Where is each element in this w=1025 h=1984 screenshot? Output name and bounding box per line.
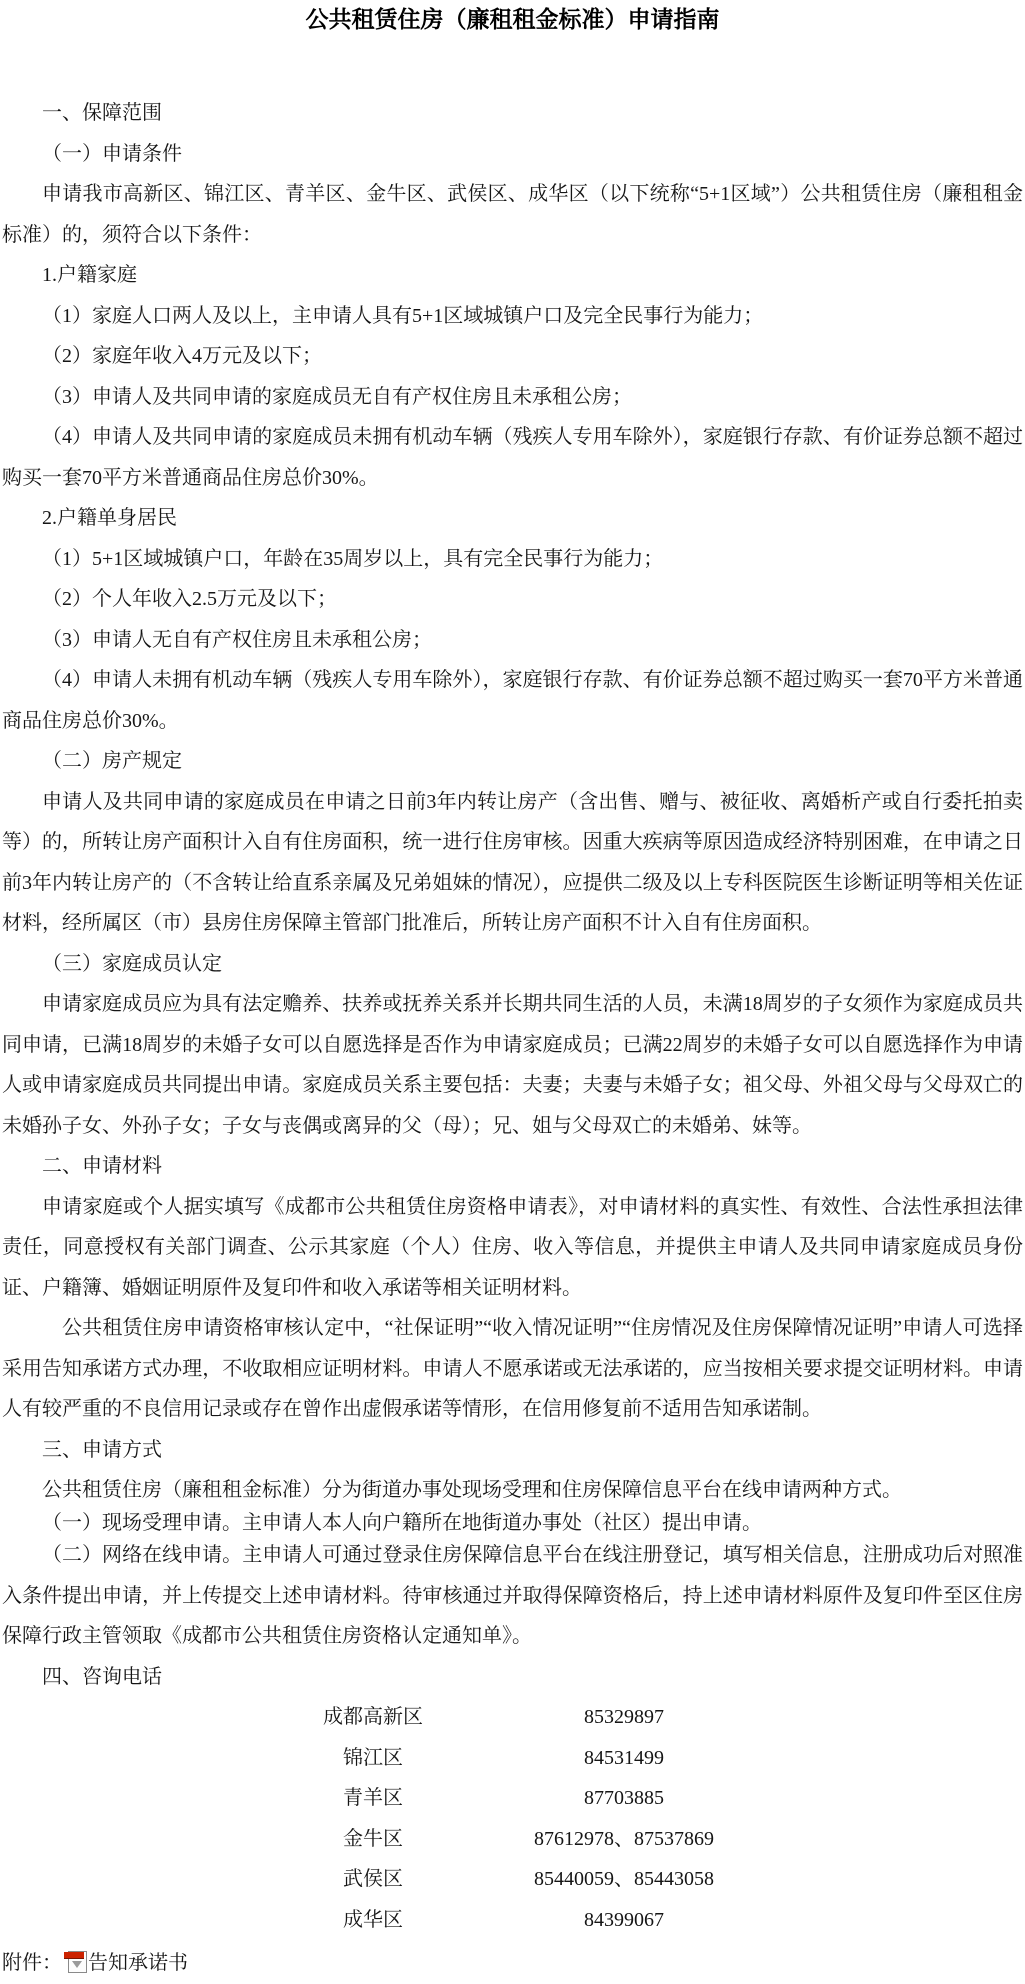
section-2-heading: 二、申请材料 bbox=[2, 1146, 1023, 1187]
attachment-label: 附件： bbox=[2, 1952, 62, 1974]
attachment-link[interactable]: 告知承诺书 bbox=[88, 1952, 188, 1974]
condition-family-1: （1）家庭人口两人及以上，主申请人具有5+1区域城镇户口及完全民事行为能力； bbox=[2, 296, 1023, 337]
condition-single-3: （3）申请人无自有产权住房且未承租公房； bbox=[2, 620, 1023, 661]
para-online-application: （二）网络在线申请。主申请人可通过登录住房保障信息平台在线注册登记，填写相关信息… bbox=[2, 1535, 1023, 1657]
phone-row: 成华区 84399067 bbox=[2, 1900, 1023, 1941]
subsection-1-3-heading: （三）家庭成员认定 bbox=[2, 944, 1023, 985]
phone-table: 成都高新区 85329897 锦江区 84531499 青羊区 87703885… bbox=[2, 1697, 1023, 1940]
item-registered-family-heading: 1.户籍家庭 bbox=[2, 255, 1023, 296]
phone-row: 成都高新区 85329897 bbox=[2, 1697, 1023, 1738]
district-name: 武侯区 bbox=[273, 1859, 473, 1900]
district-name: 金牛区 bbox=[273, 1819, 473, 1860]
document-body: 一、保障范围 （一）申请条件 申请我市高新区、锦江区、青羊区、金牛区、武侯区、成… bbox=[2, 93, 1023, 1978]
pdf-attachment-icon bbox=[68, 1951, 87, 1973]
district-name: 成华区 bbox=[273, 1900, 473, 1941]
para-property-rules: 申请人及共同申请的家庭成员在申请之日前3年内转让房产（含出售、赠与、被征收、离婚… bbox=[2, 782, 1023, 944]
section-1-heading: 一、保障范围 bbox=[2, 93, 1023, 134]
document-page: 公共租赁住房（廉租租金标准）申请指南 一、保障范围 （一）申请条件 申请我市高新… bbox=[0, 0, 1025, 1978]
district-name: 锦江区 bbox=[273, 1738, 473, 1779]
district-phone: 87612978、87537869 bbox=[473, 1819, 775, 1860]
section-4-heading: 四、咨询电话 bbox=[2, 1657, 1023, 1698]
district-phone: 87703885 bbox=[473, 1778, 775, 1819]
district-phone: 84531499 bbox=[473, 1738, 775, 1779]
para-notification-commitment: 公共租赁住房申请资格审核认定中，“社保证明”“收入情况证明”“住房情况及住房保障… bbox=[2, 1308, 1023, 1430]
pdf-icon-banner bbox=[64, 1952, 84, 1959]
district-name: 青羊区 bbox=[273, 1778, 473, 1819]
district-phone: 85329897 bbox=[473, 1697, 775, 1738]
condition-single-2: （2）个人年收入2.5万元及以下； bbox=[2, 579, 1023, 620]
subsection-1-1-heading: （一）申请条件 bbox=[2, 134, 1023, 175]
district-phone: 85440059、85443058 bbox=[473, 1859, 775, 1900]
phone-row: 武侯区 85440059、85443058 bbox=[2, 1859, 1023, 1900]
phone-row: 锦江区 84531499 bbox=[2, 1738, 1023, 1779]
condition-family-4: （4）申请人及共同申请的家庭成员未拥有机动车辆（残疾人专用车除外），家庭银行存款… bbox=[2, 417, 1023, 498]
item-single-resident-heading: 2.户籍单身居民 bbox=[2, 498, 1023, 539]
condition-single-4: （4）申请人未拥有机动车辆（残疾人专用车除外），家庭银行存款、有价证券总额不超过… bbox=[2, 660, 1023, 741]
para-application-materials: 申请家庭或个人据实填写《成都市公共租赁住房资格申请表》，对申请材料的真实性、有效… bbox=[2, 1187, 1023, 1309]
para-family-member-rules: 申请家庭成员应为具有法定赡养、扶养或抚养关系并长期共同生活的人员，未满18周岁的… bbox=[2, 984, 1023, 1146]
attachment-row: 附件：告知承诺书 bbox=[2, 1948, 1023, 1978]
phone-row: 青羊区 87703885 bbox=[2, 1778, 1023, 1819]
section-3-heading: 三、申请方式 bbox=[2, 1430, 1023, 1471]
page-title: 公共租赁住房（廉租租金标准）申请指南 bbox=[2, 0, 1023, 33]
para-eligible-areas: 申请我市高新区、锦江区、青羊区、金牛区、武侯区、成华区（以下统称“5+1区域”）… bbox=[2, 174, 1023, 255]
phone-row: 金牛区 87612978、87537869 bbox=[2, 1819, 1023, 1860]
condition-family-3: （3）申请人及共同申请的家庭成员无自有产权住房且未承租公房； bbox=[2, 377, 1023, 418]
pdf-icon-glyph bbox=[72, 1961, 82, 1968]
district-name: 成都高新区 bbox=[273, 1697, 473, 1738]
condition-family-2: （2）家庭年收入4万元及以下； bbox=[2, 336, 1023, 377]
district-phone: 84399067 bbox=[473, 1900, 775, 1941]
condition-single-1: （1）5+1区域城镇户口，年龄在35周岁以上，具有完全民事行为能力； bbox=[2, 539, 1023, 580]
subsection-1-2-heading: （二）房产规定 bbox=[2, 741, 1023, 782]
